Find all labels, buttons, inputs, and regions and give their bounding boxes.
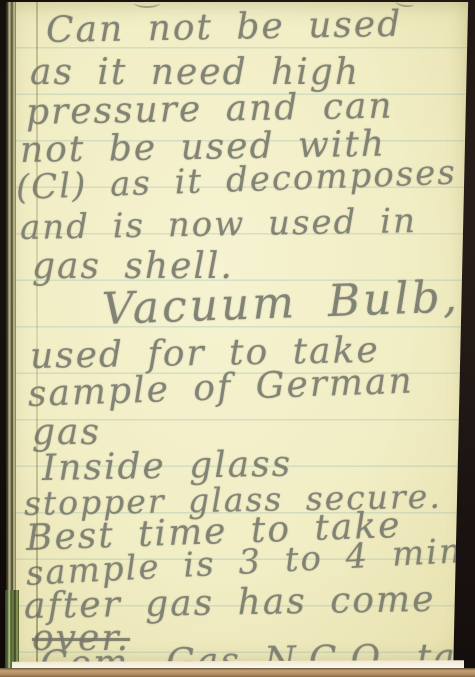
photo-background: Can not be used as it need high pressure…	[0, 0, 475, 677]
notebook-page: Can not be used as it need high pressure…	[6, 2, 470, 665]
handwritten-line: Can not be used	[46, 4, 403, 51]
stacked-page-edges	[6, 2, 16, 665]
stacked-page-edges-green	[5, 590, 19, 670]
handwritten-line: and is now used in	[20, 201, 418, 248]
page-crease	[36, 2, 38, 665]
cutoff-pencil-mark	[134, 0, 160, 8]
table-edge	[0, 668, 475, 677]
